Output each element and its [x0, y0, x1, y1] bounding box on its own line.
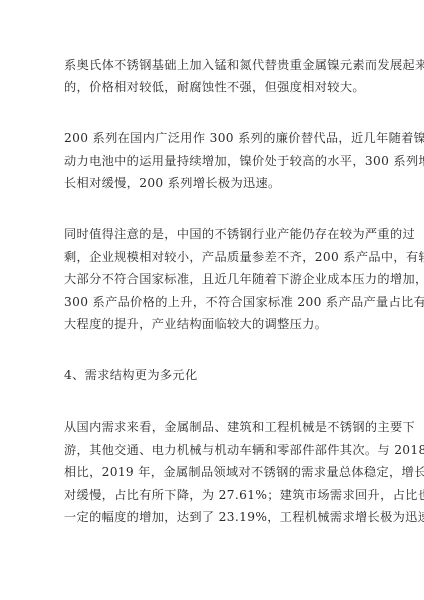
paragraph-2-line-3: 长相对缓慢，200 系列增长极为迅速。 — [64, 175, 360, 191]
paragraph-4-line-3: 相比，2019 年，金属制品领域对不锈钢的需求量总体稳定，增长相 — [64, 464, 360, 480]
paragraph-2-line-2: 动力电池中的运用量持续增加，镍价处于较高的水平，300 系列增 — [64, 153, 360, 169]
paragraph-4-line-2: 游，其他交通、电力机械与机动车辆和零部件部件其次。与 2018 年 — [64, 442, 360, 458]
paragraph-2-line-1: 200 系列在国内广泛用作 300 系列的廉价替代品，近几年随着镍在 — [64, 130, 360, 146]
document-page: 系奥氏体不锈钢基础上加入锰和氮代替贵重金属镍元素而发展起来 的，价格相对较低，耐… — [0, 0, 424, 600]
paragraph-1-line-1: 系奥氏体不锈钢基础上加入锰和氮代替贵重金属镍元素而发展起来 — [64, 57, 360, 73]
paragraph-4-line-1: 从国内需求来看，金属制品、建筑和工程机械是不锈钢的主要下 — [64, 419, 360, 435]
paragraph-4-line-5: 一定的幅度的增加，达到了 23.19%，工程机械需求增长极为迅速， — [64, 509, 360, 525]
paragraph-3-line-4: 300 系产品价格的上升，不符合国家标准 200 系产品产量占比有较 — [64, 294, 360, 310]
paragraph-4-line-4: 对缓慢，占比有所下降，为 27.61%；建筑市场需求回升，占比也有 — [64, 487, 360, 503]
paragraph-1-line-2: 的，价格相对较低，耐腐蚀性不强，但强度相对较大。 — [64, 79, 360, 95]
section-heading: 4、需求结构更为多元化 — [64, 367, 360, 383]
paragraph-3-line-2: 剩，企业规模相对较小，产品质量参差不齐，200 系产品中，有较 — [64, 249, 360, 265]
paragraph-3-line-1: 同时值得注意的是，中国的不锈钢行业产能仍存在较为严重的过 — [64, 226, 360, 242]
paragraph-3-line-3: 大部分不符合国家标准，且近几年随着下游企业成本压力的增加， — [64, 271, 360, 287]
paragraph-3-line-5: 大程度的提升，产业结构面临较大的调整压力。 — [64, 316, 360, 332]
